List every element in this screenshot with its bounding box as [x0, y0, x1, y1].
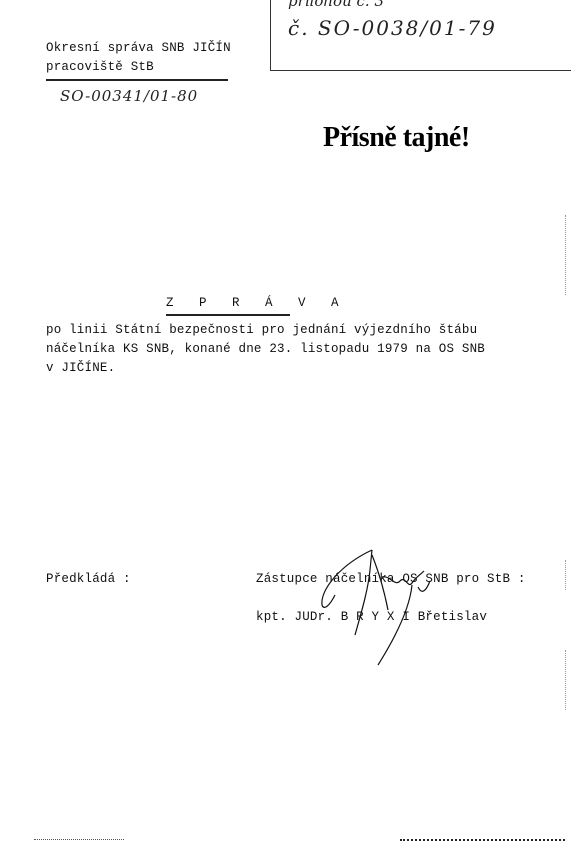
handwritten-signature	[300, 545, 460, 675]
body-line-1: po linii Státní bezpečnosti pro jednání …	[46, 323, 477, 337]
issuing-office: Okresní správa SNB JIČÍN	[46, 41, 231, 55]
body-line-3: v JIČÍNE.	[46, 361, 115, 375]
stamp-line-1: prílohou č. 3	[288, 0, 384, 10]
submitted-by-label: Předkládá :	[46, 572, 131, 586]
title-underline	[166, 314, 290, 316]
stamp-reference-number: č. SO-0038/01-79	[288, 16, 497, 40]
scan-bottom-mark	[400, 839, 565, 841]
scan-bottom-mark	[34, 839, 124, 840]
body-line-2: náčelníka KS SNB, konané dne 23. listopa…	[46, 342, 485, 356]
issuing-department: pracoviště StB	[46, 60, 154, 74]
header-underline	[46, 79, 228, 81]
document-reference-number: SO-00341/01-80	[60, 87, 198, 105]
document-title: Z P R Á V A	[166, 296, 348, 310]
scan-edge-mark	[565, 650, 566, 710]
scan-edge-mark	[565, 215, 566, 295]
classification-stamp: Přísně tajné!	[323, 122, 470, 154]
scan-edge-mark	[565, 560, 566, 590]
